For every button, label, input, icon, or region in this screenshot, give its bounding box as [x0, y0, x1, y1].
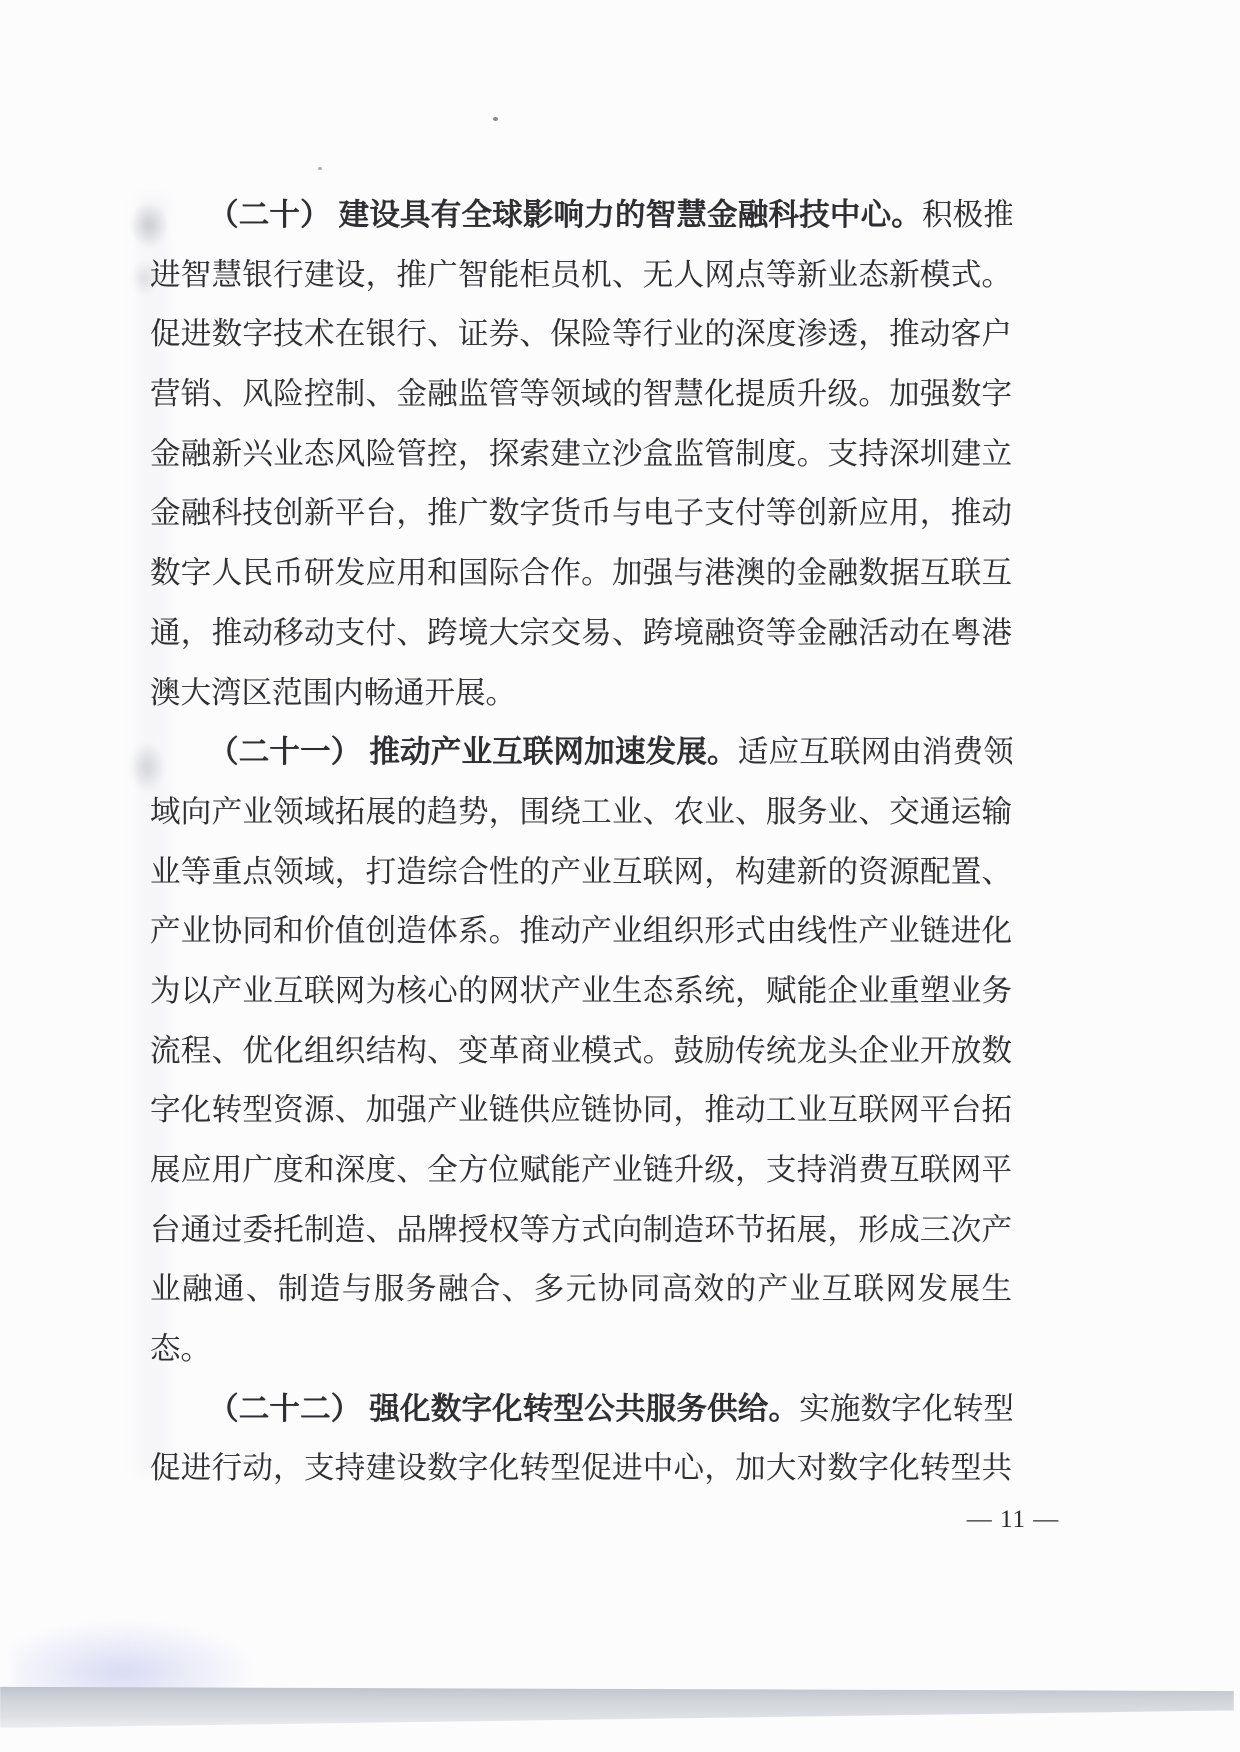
- clause-body-text: 金融科技创新平台，推广数字货币与电子支付等创新应用，推动: [150, 496, 1012, 530]
- text-line: 展应用广度和深度、全方位赋能产业链升级，支持消费互联网平: [150, 1141, 1012, 1201]
- scanned-document-page: （二十） 建设具有全球影响力的智慧金融科技中心。积极推进智慧银行建设，推广智能柜…: [0, 0, 1240, 1752]
- text-line: （二十二） 强化数字化转型公共服务供给。实施数字化转型: [150, 1380, 1012, 1440]
- paper-smudge: [12, 1620, 257, 1694]
- clause-body-text: 业等重点领域，打造综合性的产业互联网，构建新的资源配置、: [150, 855, 1012, 889]
- bottom-scan-shadow-band: [0, 1686, 1234, 1728]
- text-line: 促进行动，支持建设数字化转型促进中心，加大对数字化转型共: [150, 1439, 1012, 1499]
- text-line: （二十） 建设具有全球影响力的智慧金融科技中心。积极推: [150, 186, 1012, 246]
- text-line: 澳大湾区范围内畅通开展。: [150, 664, 1012, 724]
- text-line: 流程、优化组织结构、变革商业模式。鼓励传统龙头企业开放数: [150, 1022, 1012, 1082]
- clause-body-text: 金融新兴业态风险管控，探索建立沙盒监管制度。支持深圳建立: [150, 437, 1012, 471]
- text-line: 业融通、制造与服务融合、多元协同高效的产业互联网发展生: [150, 1260, 1012, 1320]
- text-line: 进智慧银行建设，推广智能柜员机、无人网点等新业态新模式。: [150, 246, 1012, 306]
- clause-body-text: 促进数字技术在银行、证券、保险等行业的深度渗透，推动客户: [150, 317, 1012, 351]
- clause-heading: （二十一） 推动产业互联网加速发展。: [208, 735, 738, 769]
- text-line: 金融科技创新平台，推广数字货币与电子支付等创新应用，推动: [150, 484, 1012, 544]
- text-line: 产业协同和价值创造体系。推动产业组织形式由线性产业链进化: [150, 902, 1012, 962]
- clause-body-text: 为以产业互联网为核心的网状产业生态系统，赋能企业重塑业务: [150, 974, 1012, 1008]
- clause-body-text: 进智慧银行建设，推广智能柜员机、无人网点等新业态新模式。: [150, 258, 1012, 292]
- text-line: 业等重点领域，打造综合性的产业互联网，构建新的资源配置、: [150, 843, 1012, 903]
- text-line: 台通过委托制造、品牌授权等方式向制造环节拓展，形成三次产: [150, 1201, 1012, 1261]
- clause-body-text: 台通过委托制造、品牌授权等方式向制造环节拓展，形成三次产: [150, 1213, 1012, 1247]
- clause-heading: （二十二） 强化数字化转型公共服务供给。: [208, 1392, 799, 1426]
- text-line: 字化转型资源、加强产业链供应链协同，推动工业互联网平台拓: [150, 1081, 1012, 1141]
- clause-body-text: 促进行动，支持建设数字化转型促进中心，加大对数字化转型共: [150, 1451, 1012, 1485]
- text-line: 为以产业互联网为核心的网状产业生态系统，赋能企业重塑业务: [150, 962, 1012, 1022]
- clause-body-text: 数字人民币研发应用和国际合作。加强与港澳的金融数据互联互: [150, 556, 1012, 590]
- clause-body-text: 澳大湾区范围内畅通开展。: [150, 676, 516, 710]
- text-line: 促进数字技术在银行、证券、保险等行业的深度渗透，推动客户: [150, 305, 1012, 365]
- clause-body-text: 展应用广度和深度、全方位赋能产业链升级，支持消费互联网平: [150, 1153, 1012, 1187]
- text-line: 金融新兴业态风险管控，探索建立沙盒监管制度。支持深圳建立: [150, 425, 1012, 485]
- text-line: （二十一） 推动产业互联网加速发展。适应互联网由消费领: [150, 723, 1012, 783]
- text-line: 数字人民币研发应用和国际合作。加强与港澳的金融数据互联互: [150, 544, 1012, 604]
- clause-body-text: 产业协同和价值创造体系。推动产业组织形式由线性产业链进化: [150, 914, 1012, 948]
- clause-body-text: 营销、风险控制、金融监管等领域的智慧化提质升级。加强数字: [150, 377, 1012, 411]
- text-line: 域向产业领域拓展的趋势，围绕工业、农业、服务业、交通运输: [150, 783, 1012, 843]
- clause-heading: （二十） 建设具有全球影响力的智慧金融科技中心。: [208, 198, 922, 232]
- text-line: 通，推动移动支付、跨境大宗交易、跨境融资等金融活动在粤港: [150, 604, 1012, 664]
- clause-body-text: 域向产业领域拓展的趋势，围绕工业、农业、服务业、交通运输: [150, 795, 1012, 829]
- clause-body-text: 实施数字化转型: [799, 1392, 1012, 1426]
- text-line: 营销、风险控制、金融监管等领域的智慧化提质升级。加强数字: [150, 365, 1012, 425]
- clause-body-text: 积极推: [922, 198, 1012, 232]
- clause-body-text: 流程、优化组织结构、变革商业模式。鼓励传统龙头企业开放数: [150, 1034, 1012, 1068]
- ink-speck: [493, 117, 498, 121]
- clause-body-text: 字化转型资源、加强产业链供应链协同，推动工业互联网平台拓: [150, 1093, 1012, 1127]
- clause-body-text: 态。: [150, 1332, 211, 1366]
- page-number: — 11 —: [950, 1506, 1076, 1534]
- document-body: （二十） 建设具有全球影响力的智慧金融科技中心。积极推进智慧银行建设，推广智能柜…: [150, 186, 1012, 1499]
- clause-body-text: 适应互联网由消费领: [738, 735, 1012, 769]
- ink-speck: [318, 167, 322, 170]
- text-line: 态。: [150, 1320, 1012, 1380]
- clause-body-text: 通，推动移动支付、跨境大宗交易、跨境融资等金融活动在粤港: [150, 616, 1012, 650]
- clause-body-text: 业融通、制造与服务融合、多元协同高效的产业互联网发展生: [150, 1272, 1012, 1306]
